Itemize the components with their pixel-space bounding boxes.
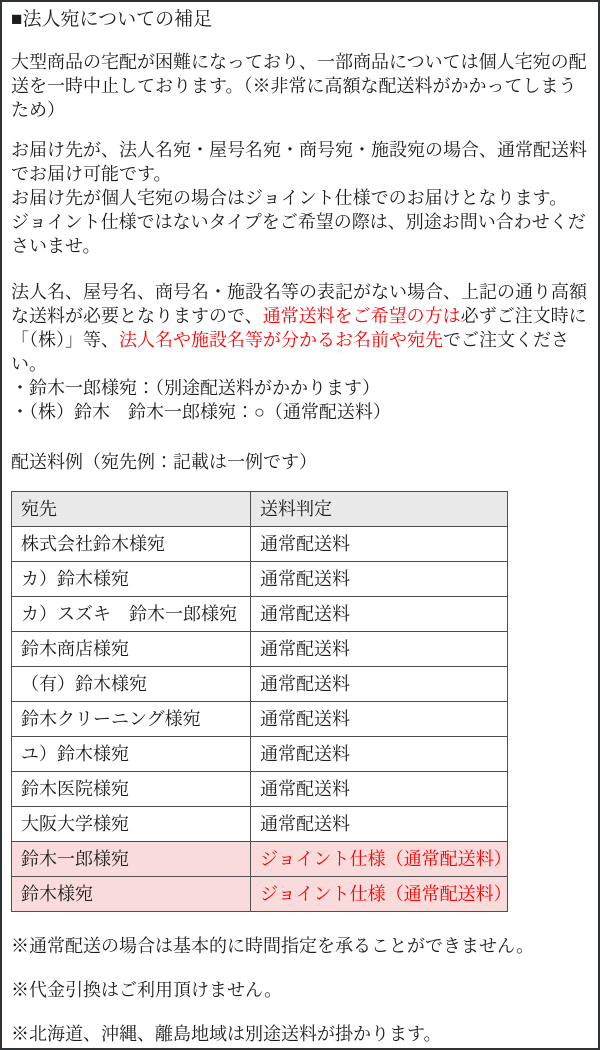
judgement-cell: 通常配送料 (251, 702, 508, 737)
judgement-cell: 通常配送料 (251, 772, 508, 807)
addressee-cell: 鈴木商店様宛 (12, 632, 251, 667)
delivery-info-paragraph: お届け先が、法人名宛・屋号名宛・商号宛・施設宛の場合、通常配送料でお届け可能です… (11, 138, 589, 258)
notice-highlight-normal-fee: 通常送料をご希望の方は (263, 306, 461, 326)
judgement-cell: 通常配送料 (251, 667, 508, 702)
footnote-time-designation: ※通常配送の場合は基本的に時間指定を承ることができません。 (11, 934, 589, 958)
table-row: カ）鈴木様宛 通常配送料 (12, 562, 508, 597)
footnote-cod: ※代金引換はご利用頂けません。 (11, 978, 589, 1002)
table-row: ユ）鈴木様宛 通常配送料 (12, 737, 508, 772)
judgement-cell: 通常配送料 (251, 737, 508, 772)
footnotes: ※通常配送の場合は基本的に時間指定を承ることができません。 ※代金引換はご利用頂… (11, 934, 589, 1046)
delivery-info-line: ジョイント仕様ではないタイプをご希望の際は、別途お問い合わせくださいませ。 (11, 210, 589, 258)
judgement-cell: ジョイント仕様（通常配送料） (251, 877, 508, 912)
table-row-joint: 鈴木一郎様宛 ジョイント仕様（通常配送料） (12, 842, 508, 877)
intro-paragraph: 大型商品の宅配が困難になっており、一部商品については個人宅宛の配送を一時中止して… (11, 50, 589, 122)
judgement-cell: 通常配送料 (251, 632, 508, 667)
table-row-joint: 鈴木様宛 ジョイント仕様（通常配送料） (12, 877, 508, 912)
table-row: 鈴木商店様宛 通常配送料 (12, 632, 508, 667)
address-example-corporate: ・（株）鈴木 鈴木一郎様宛：○（通常配送料） (11, 400, 589, 424)
addressee-cell: 鈴木クリーニング様宛 (12, 702, 251, 737)
addressee-cell: カ）スズキ 鈴木一郎様宛 (12, 597, 251, 632)
table-row: 大阪大学様宛 通常配送料 (12, 807, 508, 842)
address-example-personal: ・鈴木一郎様宛：（別途配送料がかかります） (11, 376, 589, 400)
delivery-info-line: お届け先が、法人名宛・屋号名宛・商号宛・施設宛の場合、通常配送料でお届け可能です… (11, 138, 589, 186)
addressee-cell: カ）鈴木様宛 (12, 562, 251, 597)
addressee-cell: （有）鈴木様宛 (12, 667, 251, 702)
table-row: 株式会社鈴木様宛 通常配送料 (12, 527, 508, 562)
order-notice-paragraph: 法人名、屋号名、商号名・施設名等の表記がない場合、上記の通り高額な送料が必要とな… (11, 280, 589, 376)
judgement-cell: 通常配送料 (251, 597, 508, 632)
judgement-cell: 通常配送料 (251, 527, 508, 562)
shipping-fee-table: 宛先 送料判定 株式会社鈴木様宛 通常配送料 カ）鈴木様宛 通常配送料 カ）スズ… (11, 491, 508, 912)
addressee-cell: 鈴木一郎様宛 (12, 842, 251, 877)
corporate-shipping-note-page: ■法人宛についての補足 大型商品の宅配が困難になっており、一部商品については個人… (0, 0, 600, 1050)
table-row: カ）スズキ 鈴木一郎様宛 通常配送料 (12, 597, 508, 632)
column-header-judgement: 送料判定 (251, 492, 508, 527)
delivery-info-line: お届け先が個人宅宛の場合はジョイント仕様でのお届けとなります。 (11, 186, 589, 210)
addressee-cell: 鈴木様宛 (12, 877, 251, 912)
addressee-cell: 株式会社鈴木様宛 (12, 527, 251, 562)
table-row: （有）鈴木様宛 通常配送料 (12, 667, 508, 702)
judgement-cell: 通常配送料 (251, 562, 508, 597)
footnote-remote-areas: ※北海道、沖縄、離島地域は別途送料が掛かります。 (11, 1022, 589, 1046)
judgement-cell: 通常配送料 (251, 807, 508, 842)
table-header-row: 宛先 送料判定 (12, 492, 508, 527)
address-examples: ・鈴木一郎様宛：（別途配送料がかかります） ・（株）鈴木 鈴木一郎様宛：○（通常… (11, 376, 589, 424)
fee-table-caption: 配送料例（宛先例：記載は一例です） (11, 450, 589, 474)
table-row: 鈴木クリーニング様宛 通常配送料 (12, 702, 508, 737)
addressee-cell: ユ）鈴木様宛 (12, 737, 251, 772)
column-header-addressee: 宛先 (12, 492, 251, 527)
addressee-cell: 鈴木医院様宛 (12, 772, 251, 807)
judgement-cell: ジョイント仕様（通常配送料） (251, 842, 508, 877)
notice-highlight-corporate-name: 法人名や施設名等が分かるお名前や宛先 (119, 330, 443, 350)
table-row: 鈴木医院様宛 通常配送料 (12, 772, 508, 807)
page-title: ■法人宛についての補足 (11, 8, 589, 32)
addressee-cell: 大阪大学様宛 (12, 807, 251, 842)
